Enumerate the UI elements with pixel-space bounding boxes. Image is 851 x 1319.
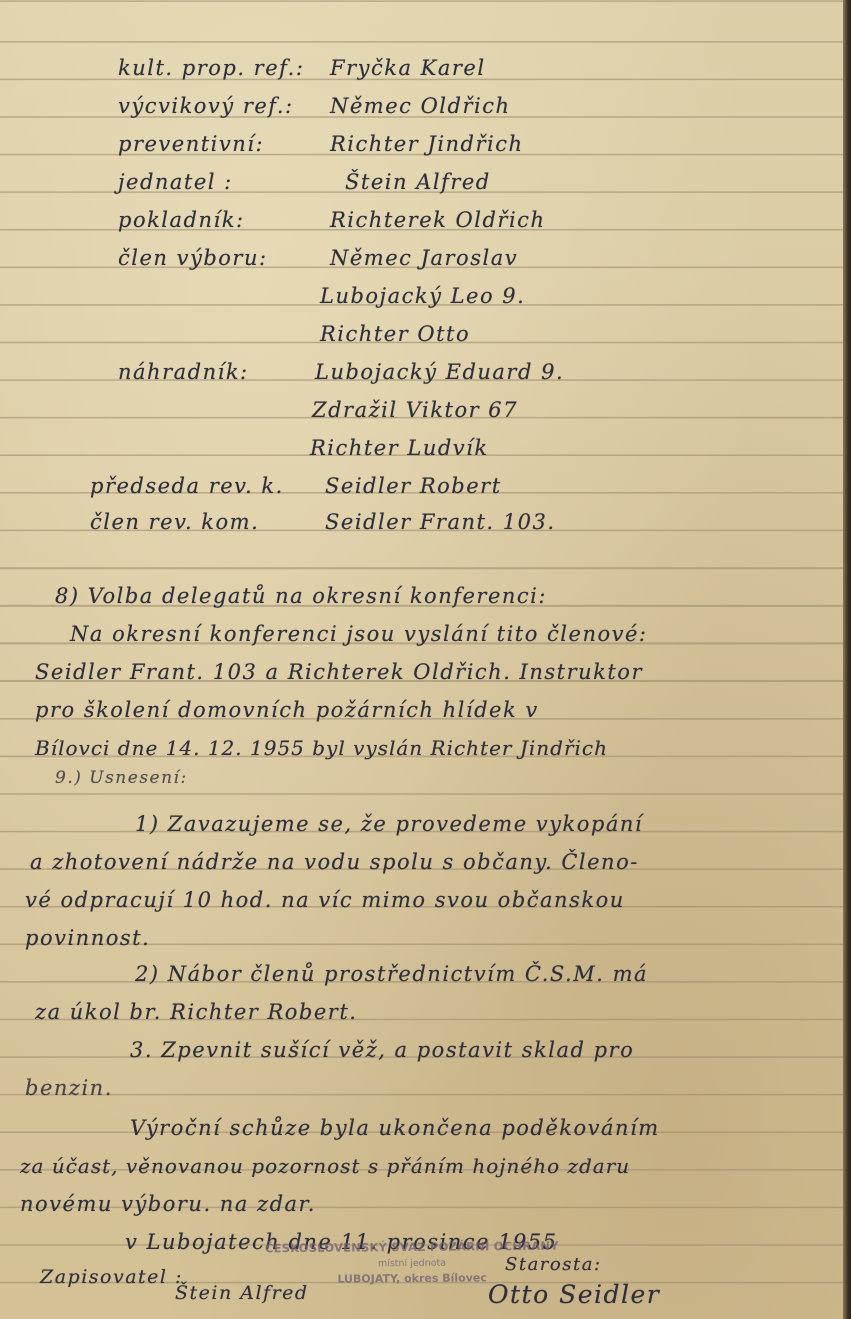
officer-role: jednatel : [118,172,233,193]
paragraph-line: novému výboru. na zdar. [20,1194,316,1215]
officer-name: Němec Oldřich [330,96,511,117]
officer-role: člen rev. kom. [90,512,259,533]
officer-role: kult. prop. ref.: [118,58,304,79]
paragraph-line: povinnost. [25,928,150,949]
officer-role: předseda rev. k. [90,476,284,497]
paragraph-line: pro školení domovních požárních hlídek v [35,700,539,721]
paragraph-line: benzin. [25,1078,113,1099]
paragraph-line: za úkol br. Richter Robert. [35,1002,357,1023]
officer-name: Seidler Frant. 103. [325,512,556,533]
chair-signature: Otto Seidler [488,1282,660,1307]
paragraph-line: 3. Zpevnit sušící věž, a postavit sklad … [130,1040,634,1061]
officer-role: preventivní: [118,134,264,155]
notebook-page: kult. prop. ref.: Fryčka Karel výcvikový… [0,0,851,1319]
officer-role: výcvikový ref.: [118,96,294,117]
paragraph-line: a zhotovení nádrže na vodu spolu s občan… [30,852,639,873]
officer-role: pokladník: [118,210,245,231]
officer-name: Richter Otto [320,324,470,345]
page-edge [843,0,851,1319]
paragraph-line: Výroční schůze byla ukončena poděkováním [130,1118,660,1139]
paragraph-line: Bílovci dne 14. 12. 1955 byl vyslán Rich… [35,738,608,758]
officer-name: Lubojacký Leo 9. [320,286,525,307]
recorder-label: Zapisovatel : [40,1268,183,1287]
paragraph-line: 1) Zavazujeme se, že provedeme vykopání [135,814,643,835]
section-heading: 8) Volba delegatů na okresní konferenci: [55,586,547,607]
officer-name: Richter Ludvík [310,438,489,459]
officer-name: Zdražil Viktor 67 [312,400,518,421]
recorder-signature: Štein Alfred [175,1284,309,1303]
officer-name: Richter Jindřich [330,134,524,155]
paragraph-line: za účast, věnovanou pozornost s přáním h… [20,1156,630,1176]
officer-name: Lubojacký Eduard 9. [315,362,564,383]
paragraph-line: Seidler Frant. 103 a Richterek Oldřich. … [35,662,643,683]
section-heading: 9.) Usnesení: [55,770,188,787]
officer-name: Richterek Oldřich [330,210,545,231]
paragraph-line: vé odpracují 10 hod. na víc mimo svou ob… [25,890,625,911]
officer-role: náhradník: [118,362,249,383]
officer-name: Štein Alfred [345,172,491,193]
paragraph-line: 2) Nábor členů prostřednictvím Č.S.M. má [135,964,648,985]
officer-name: Fryčka Karel [330,58,486,79]
chair-label: Starosta: [505,1256,602,1274]
officer-role: člen výboru: [118,248,268,269]
stamp-line: ČESKOSLOVENSKÝ SVAZ POŽÁRNÍ OCHRANY [262,1239,562,1256]
paragraph-line: Na okresní konferenci jsou vyslání tito … [70,624,647,645]
officer-name: Němec Jaroslav [330,248,518,269]
officer-name: Seidler Robert [325,476,502,497]
